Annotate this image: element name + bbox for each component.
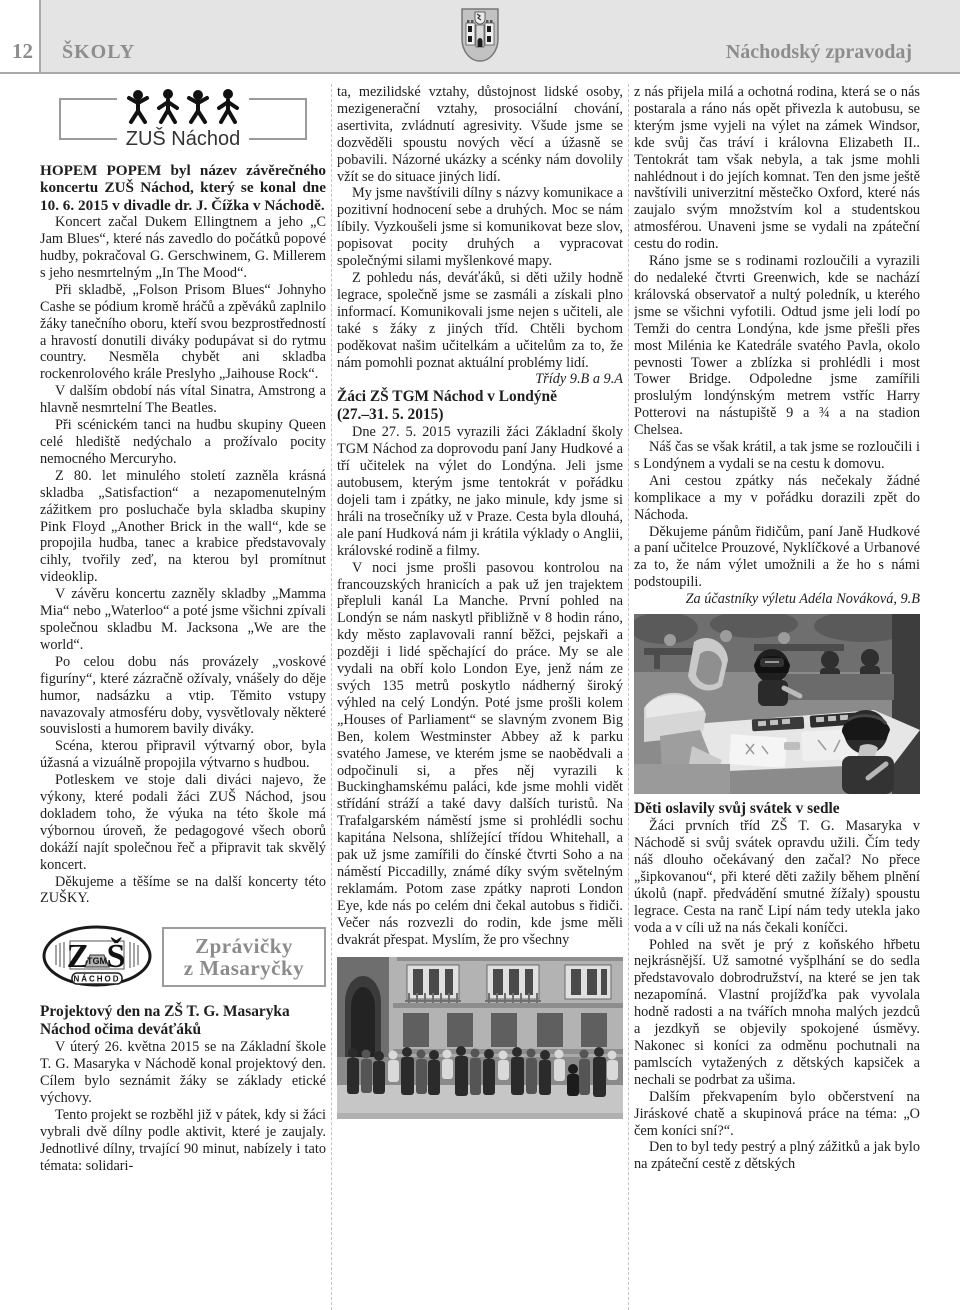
paragraph: Koncert začal Dukem Ellingtnem a jeho „C… — [40, 214, 326, 282]
ranch-article-body: Žáci prvních tříd ZŠ T. G. Masaryka v Ná… — [634, 818, 920, 1173]
article2-heading: Projektový den na ZŠ T. G. Masaryka Nách… — [40, 1003, 326, 1039]
newspaper-page: 12 ŠKOLY Náchodský zpravodaj — [0, 0, 960, 1310]
column-2: ta, mezilidské vztahy, důstojnost lidské… — [337, 84, 629, 1310]
paragraph: Děkujeme a těšíme se na další koncerty t… — [40, 874, 326, 908]
column-1: ZUŠ Náchod HOPEM POPEM byl název závěreč… — [40, 84, 332, 1310]
zs-tgm-nachod-logo-icon: Z Š TGM NÁCHOD — [40, 923, 154, 991]
section-label: ŠKOLY — [62, 41, 135, 64]
paragraph: My jsme navštívili dílny s názvy komunik… — [337, 185, 623, 270]
paragraph: V dalším období nás vítal Sinatra, Amstr… — [40, 383, 326, 417]
paragraph: Při skladbě, „Folson Prisom Blues“ Johny… — [40, 282, 326, 383]
zpravicky-title-line1: Zprávičky — [166, 935, 322, 957]
paragraph: Potleskem ve stoje dali diváci najevo, ž… — [40, 772, 326, 873]
paragraph: Dalším překvapením bylo občerstvení na J… — [634, 1089, 920, 1140]
paragraph: Děkujeme pánům řidičům, paní Janě Hudkov… — [634, 524, 920, 592]
london-article-date: (27.–31. 5. 2015) — [337, 406, 623, 424]
zus-logo-label: ZUŠ Náchod — [122, 129, 244, 149]
page-header: 12 ŠKOLY Náchodský zpravodaj — [0, 0, 960, 74]
article2-body-continued: My jsme navštívili dílny s názvy komunik… — [337, 185, 623, 371]
london-article-body-continued: Ráno jsme se s rodinami rozloučili a vyr… — [634, 253, 920, 591]
london-article-body: Dne 27. 5. 2015 vyrazili žáci Základní š… — [337, 424, 623, 948]
paragraph: Ani cestou zpátky nás nečekaly žádné kom… — [634, 473, 920, 524]
article1-body: Koncert začal Dukem Ellingtnem a jeho „C… — [40, 214, 326, 907]
paragraph: Ráno jsme se s rodinami rozloučili a vyr… — [634, 253, 920, 439]
article2-body: V úterý 26. května 2015 se na Základní š… — [40, 1039, 326, 1174]
continued-paragraph: z nás přijela milá a ochotná rodina, kte… — [634, 84, 920, 253]
paragraph: V úterý 26. května 2015 se na Základní š… — [40, 1039, 326, 1107]
paragraph: Z pohledu nás, deváťáků, si děti užily h… — [337, 270, 623, 371]
paragraph: V závěru koncertu zazněly skladby „Mamma… — [40, 586, 326, 654]
svg-text:Š: Š — [107, 937, 126, 975]
london-article-heading: Žáci ZŠ TGM Náchod v Londýně — [337, 388, 623, 406]
paragraph: Náš čas se však krátil, a tak jsme se ro… — [634, 439, 920, 473]
zpravicky-title-box: Zprávičky z Masaryčky — [162, 927, 326, 987]
byline-classes: Třídy 9.B a 9.A — [337, 371, 623, 388]
svg-text:Z: Z — [67, 938, 90, 975]
continued-paragraph: ta, mezilidské vztahy, důstojnost lidské… — [337, 84, 623, 185]
paragraph: Den to byl tedy pestrý a plný zážitků a … — [634, 1139, 920, 1173]
paragraph: Pohled na svět je prý z koňského hřbetu … — [634, 937, 920, 1089]
paragraph: Scéna, kterou připravil výtvarný obor, b… — [40, 738, 326, 772]
svg-text:TGM: TGM — [87, 956, 107, 966]
byline-london: Za účastníky výletu Adéla Nováková, 9.B — [634, 591, 920, 608]
masarycka-header: Z Š TGM NÁCHOD Zprávičky z Masaryčky — [40, 923, 326, 991]
paragraph: Žáci prvních tříd ZŠ T. G. Masaryka v Ná… — [634, 818, 920, 936]
paragraph: V noci jsme prošli pasovou kontrolou na … — [337, 560, 623, 949]
logo-bracket-left — [59, 98, 117, 140]
paragraph: Z 80. let minulého století zazněla krásn… — [40, 468, 326, 586]
paragraph: Po celou dobu nás provázely „voskové fig… — [40, 654, 326, 739]
ranch-article-heading: Děti oslavily svůj svátek v sedle — [634, 800, 920, 818]
zus-nachod-logo: ZUŠ Náchod — [40, 86, 326, 152]
four-children-icon — [122, 89, 244, 125]
photo-ranch-children — [634, 614, 920, 794]
lead-paragraph: HOPEM POPEM byl název závěrečného koncer… — [40, 162, 326, 214]
paragraph: Při scénickém tanci na hudbu skupiny Que… — [40, 417, 326, 468]
paragraph: Tento projekt se rozběhl již v pátek, kd… — [40, 1107, 326, 1175]
paragraph: Dne 27. 5. 2015 vyrazili žáci Základní š… — [337, 424, 623, 559]
page-number: 12 — [0, 0, 33, 72]
zpravicky-title-line2: z Masaryčky — [166, 957, 322, 979]
column-3: z nás přijela milá a ochotná rodina, kte… — [634, 84, 920, 1310]
logo-bracket-right — [249, 98, 307, 140]
svg-text:NÁCHOD: NÁCHOD — [73, 975, 120, 984]
publication-title: Náchodský zpravodaj — [726, 41, 912, 64]
photo-london-group — [337, 957, 623, 1119]
nachod-coat-of-arms-icon — [459, 7, 501, 70]
article-columns: ZUŠ Náchod HOPEM POPEM byl název závěreč… — [40, 84, 920, 1310]
